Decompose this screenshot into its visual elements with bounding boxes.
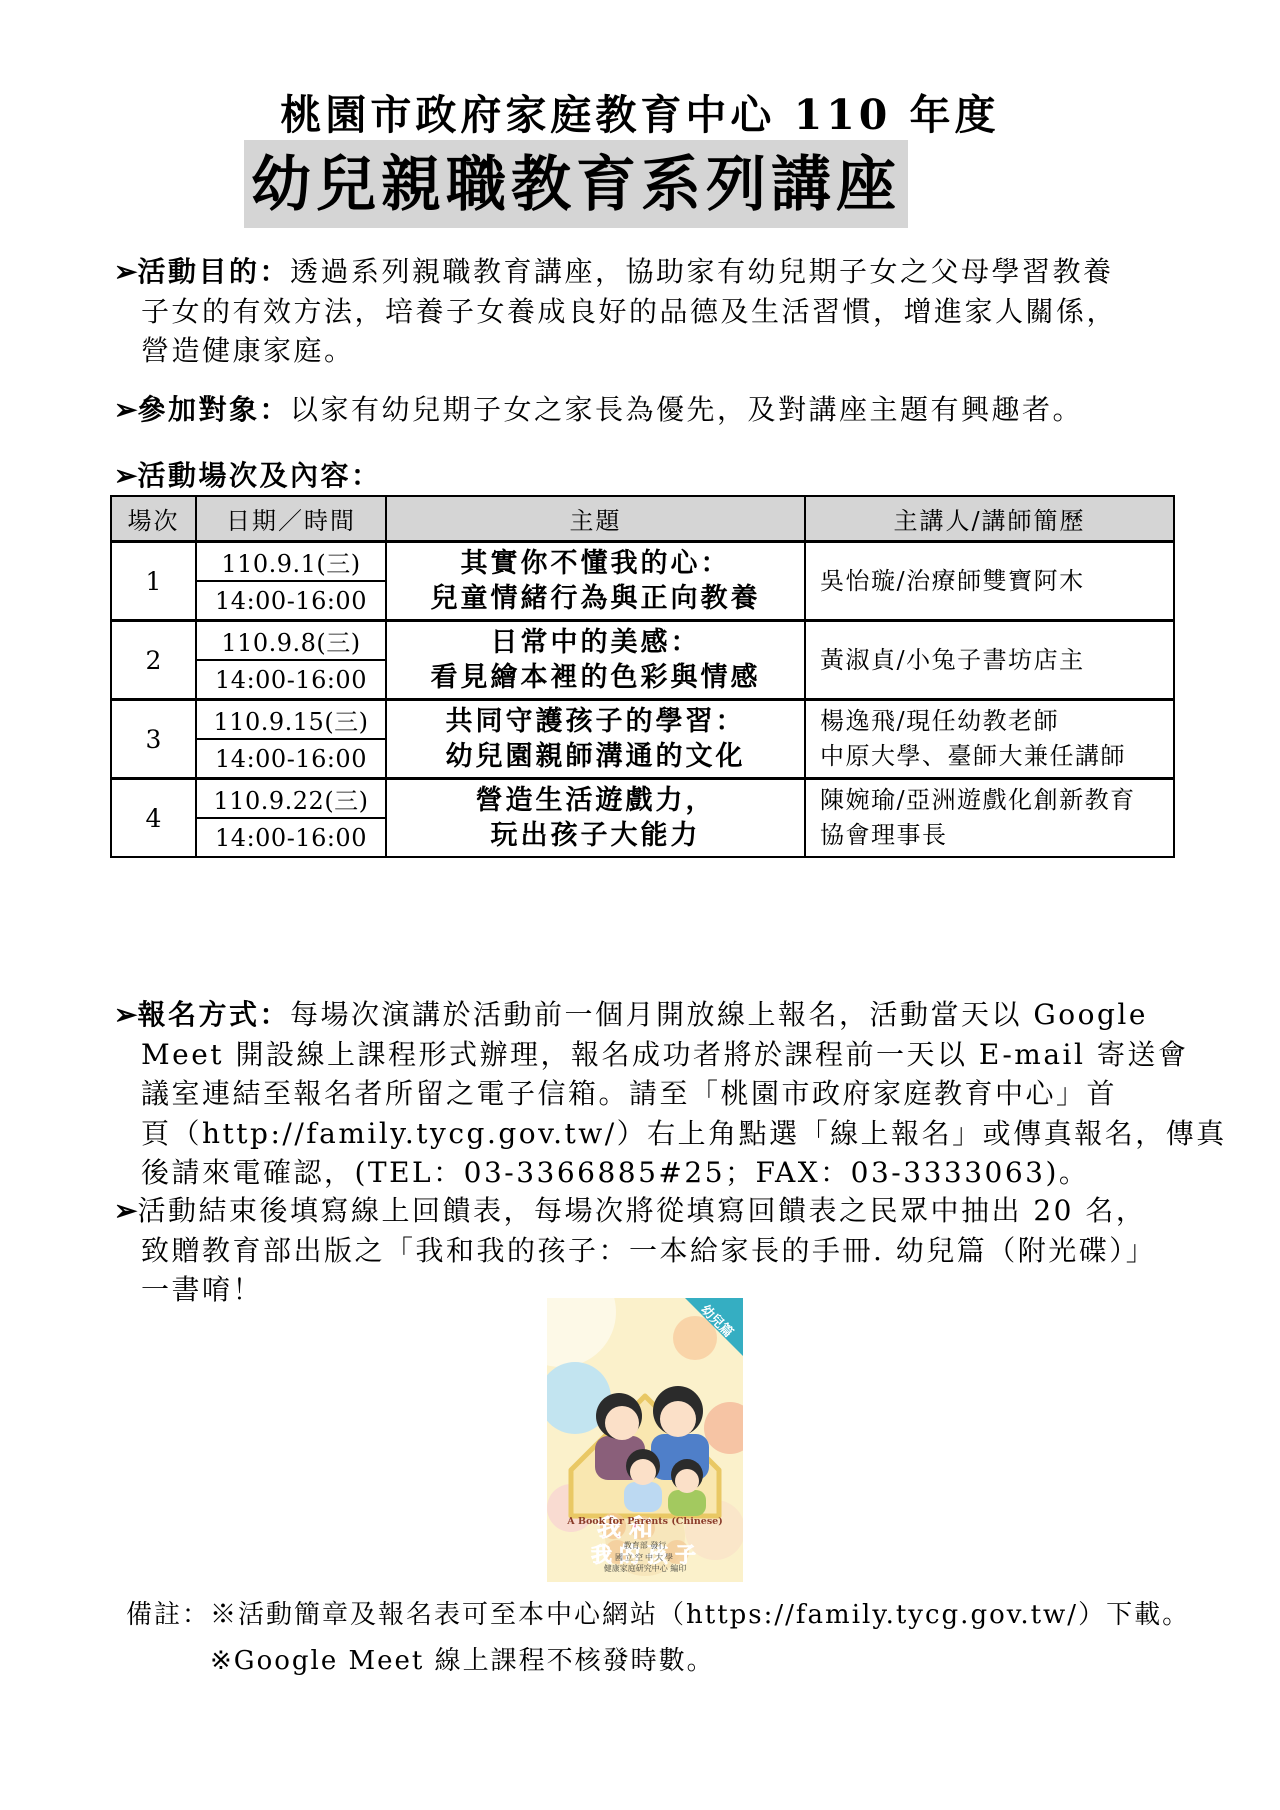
session-number: 1 (111, 542, 196, 621)
session-time: 14:00-16:00 (196, 581, 386, 621)
section-feedback: ➢活動結束後填寫線上回饋表，每場次將從填寫回饋表之民眾中抽出 20 名， 致贈教… (114, 1191, 1192, 1310)
col-header-topic: 主題 (386, 496, 805, 542)
notes-block: 備註： ※活動簡章及報名表可至本中心網站（https://family.tycg… (126, 1592, 1190, 1684)
session-date: 110.9.22(三) (196, 779, 386, 819)
section-registration-line2: Meet 開設線上課程形式辦理，報名成功者將於課程前一天以 E-mail 寄送會 (114, 1035, 1192, 1075)
session-date: 110.9.1(三) (196, 542, 386, 582)
section-registration-line5: 後請來電確認，(TEL：03-3366885#25；FAX：03-3333063… (114, 1153, 1192, 1193)
col-header-datetime: 日期／時間 (196, 496, 386, 542)
section-schedule-line1: ➢活動場次及內容： (114, 456, 1192, 496)
section-schedule-heading: ➢活動場次及內容： (114, 456, 1192, 496)
flyer-page: 桃園市政府家庭教育中心 110 年度 幼兒親職教育系列講座 ➢活動目的：透過系列… (0, 0, 1280, 1810)
table-row: 1 110.9.1(三) 其實你不懂我的心： 兒童情緒行為與正向教養 吳怡璇/治… (111, 542, 1174, 582)
table-row: 2 110.9.8(三) 日常中的美感： 看見繪本裡的色彩與情感 黃淑貞/小兔子… (111, 621, 1174, 661)
col-header-speaker: 主講人/講師簡歷 (805, 496, 1174, 542)
session-time: 14:00-16:00 (196, 818, 386, 857)
section-purpose-line2: 子女的有效方法，培養子女養成良好的品德及生活習慣，增進家人關係， (114, 292, 1192, 332)
session-number: 3 (111, 700, 196, 779)
section-purpose-line1: ➢活動目的：透過系列親職教育講座，協助家有幼兒期子女之父母學習教養 (114, 252, 1192, 292)
section-registration-line1: ➢報名方式：每場次演講於活動前一個月開放線上報名，活動當天以 Google (114, 995, 1192, 1035)
table-row: 3 110.9.15(三) 共同守護孩子的學習： 幼兒園親師溝通的文化 楊逸飛/… (111, 700, 1174, 740)
section-audience-label: 參加對象： (137, 393, 290, 426)
section-purpose-label: 活動目的： (137, 255, 290, 288)
session-time: 14:00-16:00 (196, 660, 386, 700)
book-publisher-line3: 健康家庭研究中心 編印 (604, 1563, 687, 1573)
table-row: 4 110.9.22(三) 營造生活遊戲力， 玩出孩子大能力 陳婉瑜/亞洲遊戲化… (111, 779, 1174, 819)
col-header-session: 場次 (111, 496, 196, 542)
session-date: 110.9.15(三) (196, 700, 386, 740)
session-speaker: 陳婉瑜/亞洲遊戲化創新教育 協會理事長 (805, 779, 1174, 858)
main-title-highlight: 幼兒親職教育系列講座 (244, 140, 908, 228)
bullet-arrow-icon: ➢ (114, 255, 137, 288)
session-speaker: 黃淑貞/小兔子書坊店主 (805, 621, 1174, 700)
book-publisher-line1: 教育部 發行 (624, 1540, 667, 1550)
section-purpose-text: 透過系列親職教育講座，協助家有幼兒期子女之父母學習教養 (290, 255, 1114, 288)
section-registration-label: 報名方式： (137, 998, 290, 1031)
session-speaker: 楊逸飛/現任幼教老師 中原大學、臺師大兼任講師 (805, 700, 1174, 779)
section-registration: ➢報名方式：每場次演講於活動前一個月開放線上報名，活動當天以 Google Me… (114, 995, 1192, 1193)
session-topic: 共同守護孩子的學習： 幼兒園親師溝通的文化 (386, 700, 805, 779)
bullet-arrow-icon: ➢ (114, 1194, 137, 1227)
notes-line2: ※Google Meet 線上課程不核發時數。 (210, 1638, 1190, 1684)
bullet-arrow-icon: ➢ (114, 393, 137, 426)
section-feedback-text: 活動結束後填寫線上回饋表，每場次將從填寫回饋表之民眾中抽出 20 名， (137, 1194, 1146, 1227)
session-number: 4 (111, 779, 196, 858)
section-registration-line4: 頁（http://family.tycg.gov.tw/）右上角點選「線上報名」… (114, 1114, 1192, 1154)
child2-face (675, 1469, 699, 1493)
table-header-row: 場次 日期／時間 主題 主講人/講師簡歷 (111, 496, 1174, 542)
child2-body (668, 1490, 706, 1516)
book-cover-illustration: 幼兒篇 我和 我的孩子 A Book for Parents (Chinese)… (547, 1298, 743, 1582)
schedule-table: 場次 日期／時間 主題 主講人/講師簡歷 1 110.9.1(三) 其實你不懂我… (110, 495, 1175, 858)
session-time: 14:00-16:00 (196, 739, 386, 779)
section-schedule-label: 活動場次及內容： (137, 459, 381, 492)
section-audience-text: 以家有幼兒期子女之家長為優先，及對講座主題有興趣者。 (290, 393, 1083, 426)
book-publisher-line2: 國立空中大學 (615, 1552, 675, 1562)
father-face (660, 1401, 696, 1437)
section-purpose: ➢活動目的：透過系列親職教育講座，協助家有幼兒期子女之父母學習教養 子女的有效方… (114, 252, 1192, 371)
book-subtitle: A Book for Parents (Chinese) (566, 1516, 722, 1527)
section-audience-line1: ➢參加對象：以家有幼兒期子女之家長為優先，及對講座主題有興趣者。 (114, 390, 1192, 430)
section-purpose-line3: 營造健康家庭。 (114, 331, 1192, 371)
book-cover-image: 幼兒篇 我和 我的孩子 A Book for Parents (Chinese)… (547, 1298, 743, 1582)
session-speaker: 吳怡璇/治療師雙寶阿木 (805, 542, 1174, 621)
session-topic: 其實你不懂我的心： 兒童情緒行為與正向教養 (386, 542, 805, 621)
section-feedback-line1: ➢活動結束後填寫線上回饋表，每場次將從填寫回饋表之民眾中抽出 20 名， (114, 1191, 1192, 1231)
section-registration-line3: 議室連結至報名者所留之電子信箱。請至「桃園市政府家庭教育中心」首 (114, 1074, 1192, 1114)
bullet-arrow-icon: ➢ (114, 459, 137, 492)
session-number: 2 (111, 621, 196, 700)
bullet-arrow-icon: ➢ (114, 998, 137, 1031)
section-feedback-line2: 致贈教育部出版之「我和我的孩子：一本給家長的手冊. 幼兒篇（附光碟）」 (114, 1231, 1192, 1271)
mother-face (605, 1406, 639, 1440)
notes-label: 備註： (126, 1592, 210, 1684)
child1-face (630, 1459, 656, 1485)
notes-lines: ※活動簡章及報名表可至本中心網站（https://family.tycg.gov… (210, 1592, 1190, 1684)
child1-body (624, 1482, 662, 1512)
page-title: 桃園市政府家庭教育中心 110 年度 (0, 82, 1280, 141)
session-topic: 日常中的美感： 看見繪本裡的色彩與情感 (386, 621, 805, 700)
session-date: 110.9.8(三) (196, 621, 386, 661)
session-topic: 營造生活遊戲力， 玩出孩子大能力 (386, 779, 805, 858)
section-registration-text: 每場次演講於活動前一個月開放線上報名，活動當天以 Google (290, 998, 1148, 1031)
section-audience: ➢參加對象：以家有幼兒期子女之家長為優先，及對講座主題有興趣者。 (114, 390, 1192, 430)
notes-line1: ※活動簡章及報名表可至本中心網站（https://family.tycg.gov… (210, 1592, 1190, 1638)
